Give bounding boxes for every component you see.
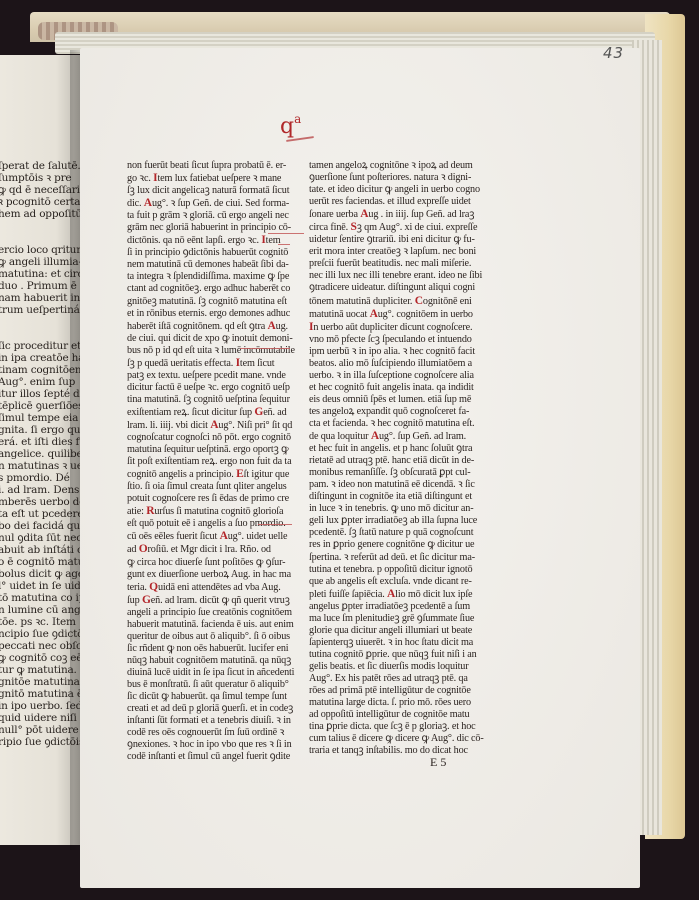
left-page-line: quid uidere niſi ui xyxy=(0,712,80,724)
left-page-line: ſumptōis ꝛ pre xyxy=(0,172,71,184)
left-page-line: ꝙ angeli illumia- xyxy=(0,256,80,268)
text-line: exiſtentiam reꝝ. ſicut dicitur ſup Geñ. … xyxy=(127,406,302,419)
left-page-line: ncipio ſue ꝯdictōis xyxy=(0,628,80,640)
rubric-initial: A xyxy=(370,308,378,320)
text-line: tutina et tenebra. p oppoſitū dicitur ig… xyxy=(309,564,484,576)
text-line: ad oppoſitū intelligūtur de cognitōe mat… xyxy=(309,709,484,721)
text-line: cta et facienda. ꝛ hec cognitō matutina … xyxy=(309,418,484,430)
rubric-initial: G xyxy=(254,406,263,418)
headline-mark-sup: a xyxy=(294,112,301,126)
text-line: vno mō pfecte ſcꝫ ſpeculando et intuendo xyxy=(309,334,484,346)
left-page-line: nam habuerit in xyxy=(0,292,80,304)
text-line: que ab angelis eſt excluſa. vnde dicant … xyxy=(309,576,484,588)
text-line: atie: Rurſus ſi matutina cognitō glorioſ… xyxy=(127,505,302,518)
margin-rule-2 xyxy=(240,348,290,349)
text-line: et in rōnibus eternis. ergo demones adhu… xyxy=(127,308,302,320)
text-line: dictōnis. qa nō eēnt lapſi. ergo ꝛc. Ite… xyxy=(127,234,302,247)
text-line: ta integra ꝛ ſplendidiſſima. maxime ꝙ ſp… xyxy=(127,271,302,283)
left-page-line: s pmordio. Dé xyxy=(0,472,70,484)
text-line: ꝙ circa hoc diuerſe ſunt poſitōes ꝙ ꝯſur… xyxy=(127,557,302,569)
text-line: tōnem matutinā dupliciter. Cognitōnē eni xyxy=(309,295,484,308)
rubric-initial: E xyxy=(236,468,244,480)
rubric-initial: R xyxy=(146,505,154,517)
left-page-line: in ipa creatōe ha xyxy=(0,352,80,364)
text-column-a: non fuerūt beati ſicut ſupra probatū ē. … xyxy=(127,160,302,763)
text-line: tate. et ideo dicitur ꝙ angeli in uerbo … xyxy=(309,184,484,196)
text-line: nūqꝫ habuit cognitōem matutinā. qa nūqꝫ xyxy=(127,655,302,667)
text-line: tina ꝑprie dicta. que ſcꝫ ē p gloriaꝫ. e… xyxy=(309,721,484,733)
text-line: potuit cognoſcere res ſi ēdas de primo c… xyxy=(127,493,302,505)
left-page-line: tur ꝙ matutina. et xyxy=(0,664,80,676)
left-page-line: duo . Primum ē xyxy=(0,280,77,292)
left-page-line: erá. et iſti dies fue xyxy=(0,436,80,448)
left-page-line: angelice. quilibet xyxy=(0,448,80,460)
left-page-line: itur illos ſepté di xyxy=(0,388,80,400)
text-line: pam. ꝛ ideo non matutinā eē dicendā. ꝛ ſ… xyxy=(309,479,484,491)
rubric-initial: I xyxy=(309,321,313,333)
text-line: creati et ad deū p gloriā ꝯuerſi. et in … xyxy=(127,703,302,715)
text-line: ſonare uerba Aug . in iiij. ſup Geñ. ad … xyxy=(309,208,484,221)
text-line: codē inſtanti et ſimul cū angel fuerit ꝯ… xyxy=(127,751,302,763)
text-line: cognoſcatur cognoſci nō pōt. ergo cognit… xyxy=(127,432,302,444)
left-page-line: tōe. ps ꝛc. Item xyxy=(0,616,76,628)
text-line: diſtingunt in cognitōe ita etiā diſtingu… xyxy=(309,491,484,503)
left-page-line: hem ad oppoſitū xyxy=(0,208,80,220)
rubric-initial: A xyxy=(210,419,218,431)
text-line: codē res oēs cognouerūt ſm ſuū ordinē ꝛ xyxy=(127,727,302,739)
left-page-line: in ipo uerbo. ſed in xyxy=(0,700,80,712)
text-column-b: tamen angeloꝝ cognitōne ꝛ ipoꝝ ad deumꝯu… xyxy=(309,160,484,757)
text-line: angeli a principio ſue creatōnis cognitō… xyxy=(127,607,302,619)
rubric-initial: A xyxy=(387,588,395,600)
text-line: tutina cognitō ꝑprie. que nūqꝫ fuit niſi… xyxy=(309,649,484,661)
text-line: matutinā uocat Aug°. cognitōem in uerbo xyxy=(309,308,484,321)
text-line: pcedentē. ſꝫ ſtatū nature p quā cognoſcu… xyxy=(309,527,484,539)
left-page-line: o ē cognitō matuti xyxy=(0,556,80,568)
left-page-line: ſic proceditur et xyxy=(0,340,80,352)
left-page-line: Aug°. enim ſup xyxy=(0,376,75,388)
text-line: uidetur ſentire ꝯtrariū. ibi eni dicitur… xyxy=(309,234,484,246)
text-line: dic. Aug°. ꝛ ſup Geñ. de ciui. Sed forma… xyxy=(127,197,302,210)
margin-rule-1 xyxy=(268,233,304,234)
text-line: ſic dicūt ꝙ habuerūt. qa ſimul tempe ſun… xyxy=(127,691,302,703)
left-page-line: ripio ſue ꝯdictōis xyxy=(0,736,80,748)
left-page-line: l° uidet in ſe uidet xyxy=(0,580,80,592)
rubric-initial: I xyxy=(261,234,265,246)
text-line: bus nō p id qd eſt uita ꝛ lumē incōmutab… xyxy=(127,345,302,357)
text-line: nec illi lux nec illi tenebre erant. ide… xyxy=(309,270,484,282)
left-page-line: tēplicē ꝯuerſiōes xyxy=(0,400,80,412)
left-page-line: n matutinas ꝛ ue xyxy=(0,460,80,472)
rubric-initial: Q xyxy=(149,581,158,593)
left-page-line: n lumine cū angeli xyxy=(0,604,80,616)
text-line: traria et tanqꝫ inſtabilis. mo do dicat … xyxy=(309,745,484,757)
left-page-line: trum ueſpertiná xyxy=(0,304,80,316)
text-line: res in ꝑprio genere cognitōne ꝙ dicitur … xyxy=(309,539,484,551)
text-line: rietatē ad utraqꝫ ptē. hanc etiā dicūt i… xyxy=(309,455,484,467)
margin-rule-4 xyxy=(278,244,290,245)
rubric-initial: I xyxy=(153,172,157,184)
text-line: angelus ꝑpter irradiatōeꝫ pcedentē a ſum xyxy=(309,601,484,613)
text-line: ta fuit p grām ꝛ gloriā. cū ergo angeli … xyxy=(127,210,302,222)
left-page-line: gnita. ſi ergo qui xyxy=(0,424,80,436)
rubric-initial: A xyxy=(220,530,228,542)
text-line: cognitō angelis a principio. Eſt igitur … xyxy=(127,468,302,481)
left-page-line: bo dei facidá que xyxy=(0,520,80,532)
left-page-line: ſperat de ſalutē. xyxy=(0,160,80,172)
left-page-line: bolus dicit ꝙ ageli xyxy=(0,568,80,580)
text-line: ſic rñdent ꝙ non oēs habuerūt. lucifer e… xyxy=(127,643,302,655)
text-line: ſꝫ lux dicit angelicaꝫ naturā formatā ſi… xyxy=(127,185,302,197)
text-line: diuinā lucē uidit in ſe ipa ſicut in añc… xyxy=(127,667,302,679)
text-line: de ciui. qui dicit de xpo ꝙ inotuit demo… xyxy=(127,333,302,345)
left-page-line: peccati nec obſcuri xyxy=(0,640,80,652)
text-line: gnitōeꝫ matutinā. ſꝫ cognitō matutina eſ… xyxy=(127,296,302,308)
left-page-line: ta eſt ut pcederet xyxy=(0,508,80,520)
text-line: go ꝛc. Item lux fatiebat ueſpere ꝛ mane xyxy=(127,172,302,185)
text-line: ſꝫ p quedā ueritatis effecta. Item ſicut xyxy=(127,357,302,370)
text-line: rōes ad primā ptē intelligūtur de cognit… xyxy=(309,685,484,697)
text-line: ad Oroſiū. et Mgr dicit i lra. Rño. od xyxy=(127,543,302,556)
text-line: ꝯtradicere uideatur. diſtingunt aliqui c… xyxy=(309,282,484,294)
rubric-initial: O xyxy=(139,543,148,555)
left-page-line: ſimul tempe eia xyxy=(0,412,78,424)
rubric-initial: C xyxy=(415,295,423,307)
rubric-initial: A xyxy=(267,320,275,332)
left-page-line: tō matutina co ipo xyxy=(0,592,80,604)
text-line: ſtio. ſi oia ſimul creata ſunt qliter an… xyxy=(127,481,302,493)
text-line: teria. Quidā eni attendētes ad vba Aug. xyxy=(127,581,302,594)
text-line: gelis beatis. et ſic diuerſis modis loqu… xyxy=(309,661,484,673)
text-line: pleti fuiſſe ſapiēcia. Alio mō dicit lux… xyxy=(309,588,484,601)
rubric-initial: A xyxy=(360,208,368,220)
signature-mark: E 5 xyxy=(430,755,446,770)
text-line: in luce ꝛ in tenebris. ꝙ uno mō dicitur … xyxy=(309,503,484,515)
text-line: nem matutinā cū demones habeāt ſibi da- xyxy=(127,259,302,271)
text-line: habuerit matutinā. facienda ē uis. aut e… xyxy=(127,619,302,631)
rubric-initial: G xyxy=(142,594,151,606)
text-line: bus ē monſtratū. ſi aūt queratur ō aliqu… xyxy=(127,679,302,691)
text-line: queritur de oibus aut ō aliquib°. ſi ō o… xyxy=(127,631,302,643)
text-line: matutina large dicta. ſ. prio mō. rōes u… xyxy=(309,697,484,709)
text-line: monibus remanſiſſe. ſꝫ obſcuratā ꝑpt cul… xyxy=(309,467,484,479)
rubric-initial: A xyxy=(371,430,379,442)
left-page-line: abuit ab inſtáti cre xyxy=(0,544,80,556)
text-line: inſtanti ſūt formati et a tenebris diuiſ… xyxy=(127,715,302,727)
left-page-line: ꝙ cognitō coꝫ eēt xyxy=(0,652,80,664)
text-line: geli lux ꝑpter irradiatōeꝫ ab illa ſupna… xyxy=(309,515,484,527)
folio-number: 43 xyxy=(603,44,624,62)
text-line: Aug°. Ex his patēt rōes ad utraqꝫ ptē. q… xyxy=(309,673,484,685)
headline-mark-letter: q xyxy=(280,114,294,139)
left-page-line: ꝛ pcognitō certa xyxy=(0,196,80,208)
text-line: gunt ex diuerſione uerboꝝ Aug. in hac ma xyxy=(127,569,302,581)
text-line: et hec fuit in angelis. et p hanc ſoluūt… xyxy=(309,443,484,455)
text-line: tina matutinā. ſꝫ cognitō ueſptina ſequi… xyxy=(127,394,302,406)
text-line: uerūt res faciendas. et illud expreſſe u… xyxy=(309,196,484,208)
rubric-initial: S xyxy=(350,221,356,233)
text-line: erit mora inter creatōeꝫ ꝛ lapſum. nec b… xyxy=(309,246,484,258)
text-line: cum talius ē dicere ꝙ dicere ꝙ Aug°. dic… xyxy=(309,733,484,745)
left-page-line: null° pōt uidere niſi xyxy=(0,724,80,736)
text-line: preſcii fuerūt beatitudis. nec mali miſe… xyxy=(309,258,484,270)
margin-rule-3 xyxy=(258,524,292,525)
left-page-line: matutina: et circa xyxy=(0,268,80,280)
text-line: tes angeloꝝ expandit quō cognoſceret fa- xyxy=(309,406,484,418)
text-line: et hec cognitō fuit angelis inata. qa in… xyxy=(309,382,484,394)
text-line: ꝯuerſione ſunt poſteriores. natura ꝛ dig… xyxy=(309,172,484,184)
text-line: ſpertina. ꝛ referūt ad deū. et ſic dicit… xyxy=(309,552,484,564)
text-line: glorie qua dicitur angeli illumiari ut b… xyxy=(309,625,484,637)
text-line: ſapienterqꝫ uiuerēt. ꝛ in hoc ſtatu dici… xyxy=(309,637,484,649)
text-line: dicitur factū ē ueſpe ꝛc. ergo cognitō u… xyxy=(127,382,302,394)
text-line: de qua loquitur Aug°. ſup Geñ. ad lram. xyxy=(309,430,484,443)
text-line: In uerbo aūt dupliciter dicunt cognoſcer… xyxy=(309,321,484,334)
text-line: beatos. alio mō ſuſcipiendo illumiatōem … xyxy=(309,358,484,370)
headline-rubric-mark: qa xyxy=(280,112,301,139)
left-page-verso: ſperat de ſalutē.ſumptōis ꝛ preꝙ qd ē ne… xyxy=(0,55,80,845)
text-line: ꝯnexiones. ꝛ hoc in ipo vbo que res ꝛ ſi… xyxy=(127,739,302,751)
left-page-line: ercio loco qritur xyxy=(0,244,80,256)
text-line: matutina ſequitur ueſptinā. ergo oportꝫ … xyxy=(127,444,302,456)
left-page-line: ꝙ qd ē neceſſariū xyxy=(0,184,80,196)
rubric-initial: I xyxy=(236,357,240,369)
left-page-line: gnitō matutina ē co xyxy=(0,688,80,700)
rubric-initial: A xyxy=(144,197,152,209)
text-line: ctant ad cognitōeꝫ. ergo adhuc haberēt c… xyxy=(127,283,302,295)
text-line: ipm uerbū ꝛ in ipo alia. ꝛ hec cognitō f… xyxy=(309,346,484,358)
text-line: ſup Geñ. ad lram. dicūt ꝙ qñ querit vtru… xyxy=(127,594,302,607)
text-line: patꝫ ex textu. ueſpere pcedit mane. vnde xyxy=(127,370,302,382)
text-line: ſit poſt exiſtentiam reꝝ. ergo non fuit … xyxy=(127,456,302,468)
text-line: tamen angeloꝝ cognitōne ꝛ ipoꝝ ad deum xyxy=(309,160,484,172)
left-page-line: nul ꝯdita ſūt neceſ xyxy=(0,532,80,544)
text-line: eis deus omniū ſpēs et lumen. etiā ſup m… xyxy=(309,394,484,406)
text-line: ſi in principio ꝯdictōnis habuerūt cogni… xyxy=(127,247,302,259)
text-line: circa finē. Sꝫ qm Aug°. xi de ciui. expr… xyxy=(309,221,484,234)
left-page-line: gnitōe matutina p xyxy=(0,676,80,688)
text-line: haberēt iſtā cognitōnem. qd eſt ꝯtra Aug… xyxy=(127,320,302,333)
text-line: cū oēs eēles fuerit ſicut Aug°. uidet ue… xyxy=(127,530,302,543)
left-page-line: i. ad lram. Dens xyxy=(0,484,79,496)
text-line: non fuerūt beati ſicut ſupra probatū ē. … xyxy=(127,160,302,172)
text-line: lram. li. iiij. vbi dicit Aug°. Niſi pri… xyxy=(127,419,302,432)
text-line: ma luce ſm plenitudieꝫ grē ꝯſummate ſiue xyxy=(309,613,484,625)
left-page-line: mberēs uerbo dei. xyxy=(0,496,80,508)
left-page-line: tinam cognitōem xyxy=(0,364,80,376)
text-line: uerbo. ꝛ in illa ſuſceptione cognoſcere … xyxy=(309,370,484,382)
